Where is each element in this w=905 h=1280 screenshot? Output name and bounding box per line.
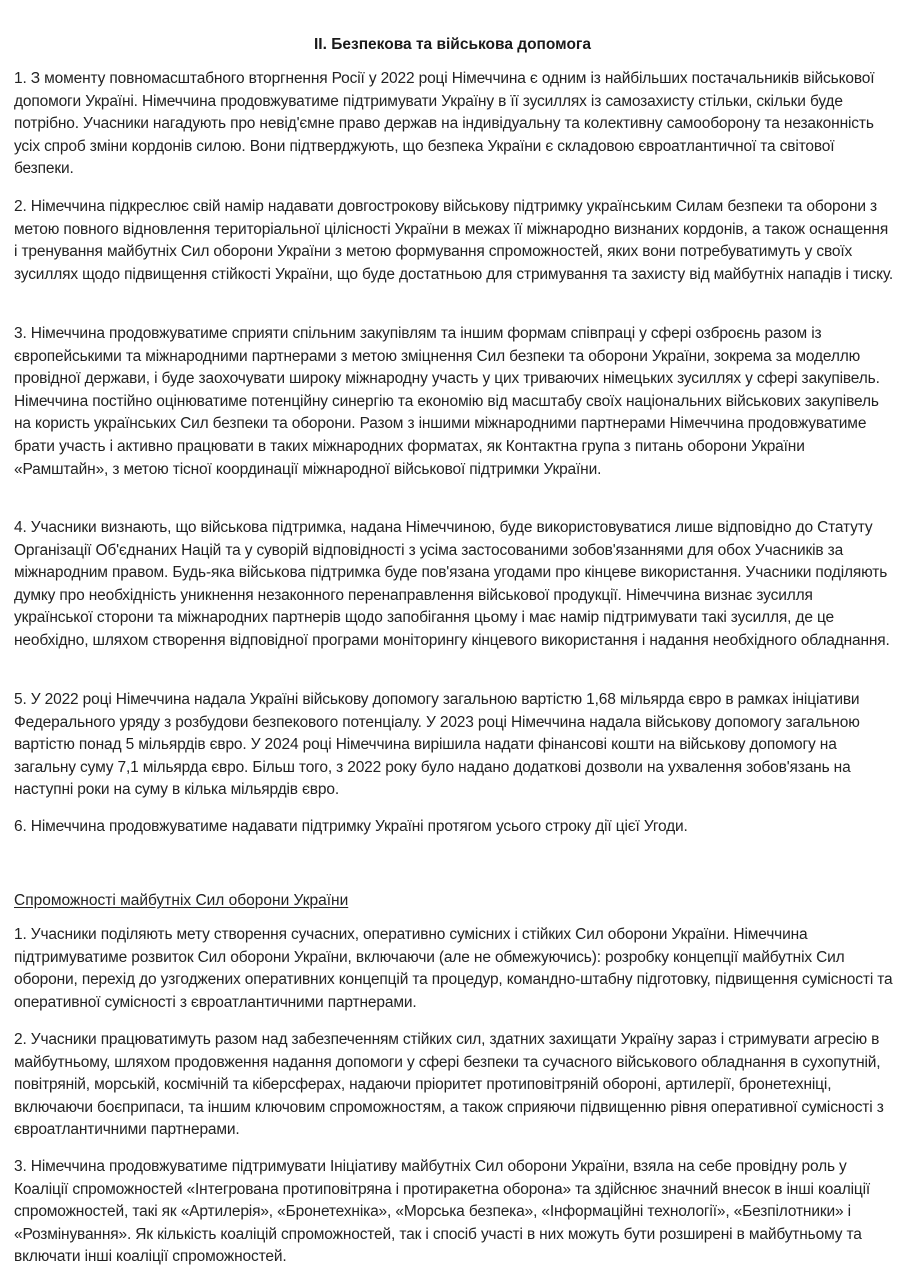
paragraph-security-3: 3. Німеччина продовжуватиме сприяти спіл…	[14, 323, 894, 481]
paragraph-capabilities-3: 3. Німеччина продовжуватиме підтримувати…	[14, 1156, 894, 1269]
paragraph-security-2: 2. Німеччина підкреслює свій намір надав…	[14, 196, 894, 286]
section-title: II. Безпекова та військова допомога	[0, 34, 905, 56]
paragraph-security-6: 6. Німеччина продовжуватиме надавати під…	[14, 816, 894, 839]
paragraph-capabilities-2: 2. Учасники працюватимуть разом над забе…	[14, 1029, 894, 1142]
paragraph-security-5: 5. У 2022 році Німеччина надала Україні …	[14, 689, 894, 802]
document-page: II. Безпекова та військова допомога 1. З…	[0, 0, 905, 1280]
paragraph-security-1: 1. З моменту повномасштабного вторгнення…	[14, 68, 894, 181]
paragraph-security-4: 4. Учасники визнають, що військова підтр…	[14, 517, 894, 653]
paragraph-capabilities-1: 1. Учасники поділяють мету створення суч…	[14, 924, 894, 1014]
subsection-title: Спроможності майбутніх Сил оборони Украї…	[14, 890, 348, 912]
